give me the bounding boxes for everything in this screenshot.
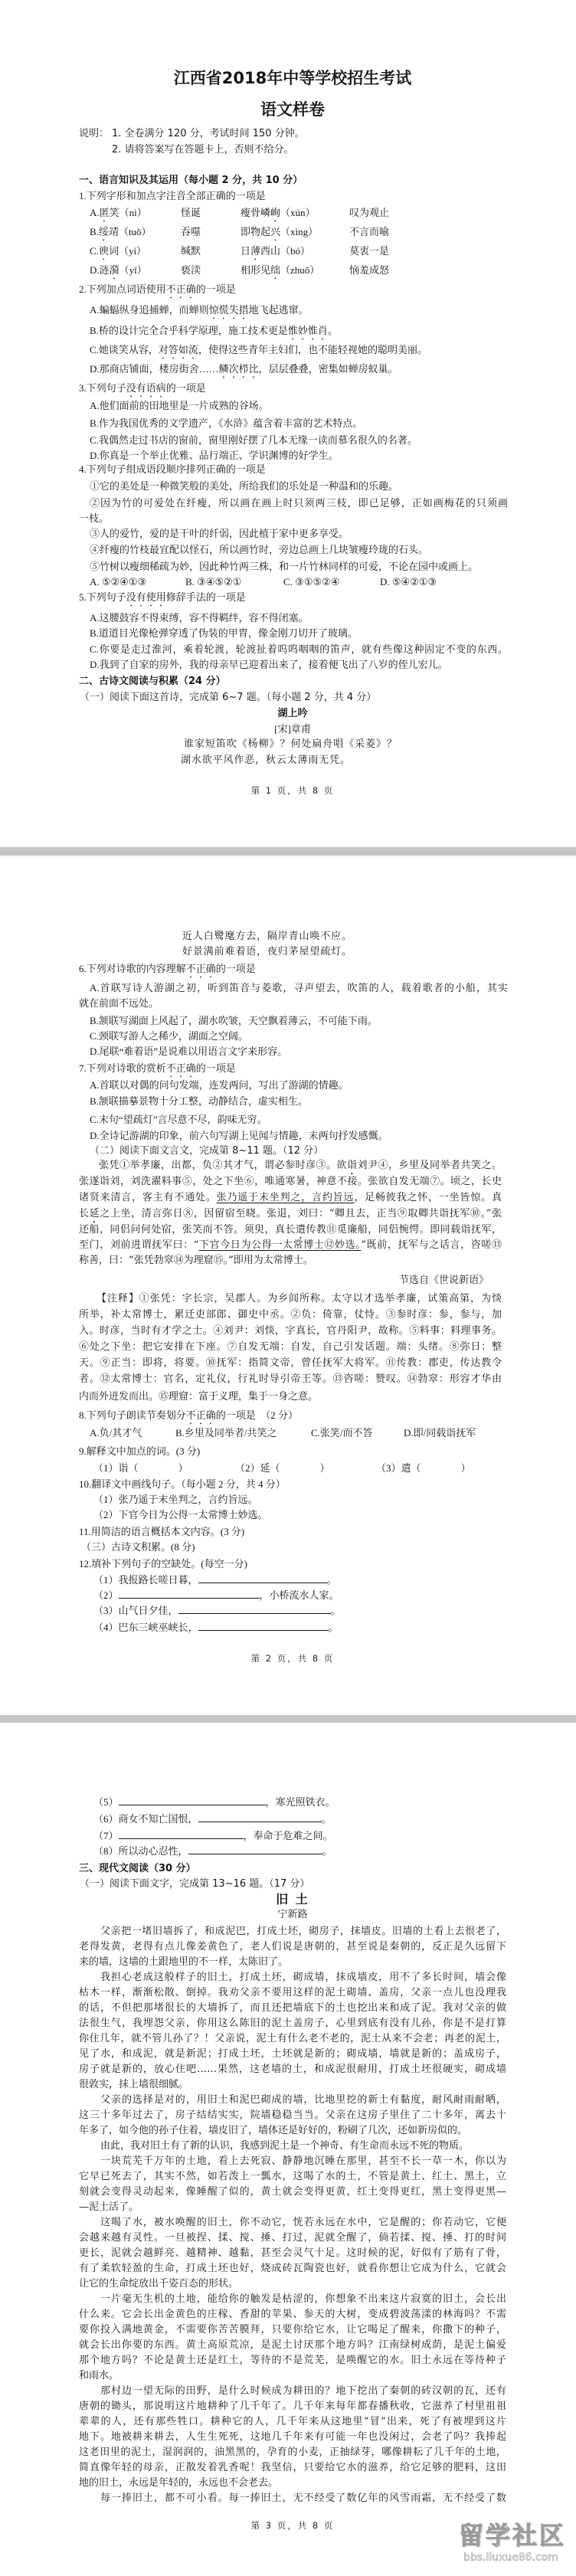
essay-line: 房子就是新的，放心住吧……果然，这老墙的土，和成泥很耐用，打成土坯很硬实，砌成墙 (79, 2062, 506, 2077)
text: 。 (328, 325, 338, 336)
page-footer: 第 3 页，共 8 页 (79, 2518, 506, 2533)
option: B.乡里及同举者/共笑之 (175, 1425, 277, 1441)
text: ，层层叠叠，密集如蝉房蚁巢。 (259, 363, 398, 375)
option-cell: 怪诞 (181, 205, 201, 221)
text: 的一项是 （2 分） (216, 1409, 298, 1421)
option: A.这腰鼓容不得束缚，容不得羁绊，容不得闭塞。 (90, 610, 309, 626)
option-cell: 莫衷一是 (349, 244, 389, 259)
text: 的一项是 (216, 963, 256, 974)
text: ，足畅彼我之怀，一坐皆惊。真 (354, 1192, 502, 1203)
dotted-text: 不正确 (186, 1409, 216, 1421)
text: （1）我报路长嗟日暮， (93, 1574, 198, 1586)
text: 6.下列对诗歌的内容理解 (79, 963, 186, 974)
text: 相形见 (241, 264, 270, 276)
question-stem: 1.下列字形和加点字注音全部正确的一项是 (79, 188, 266, 204)
text: 3.下列句子 (79, 382, 126, 394)
essay-line: 有了柔软轻盈的生命，打成土坯也好，烧成砖瓦陶瓷也好，就看你想让它成为什么，它就会 (79, 2261, 506, 2277)
essay-line: 一片毫无生机的土地，能给你的触发是枯涩的，你想象不出来这片寂寞的旧土，会长出 (100, 2292, 506, 2307)
question-stem: 9.解释文中加点的词。(3 分) (79, 1444, 200, 1459)
text: 西山（bó） (260, 245, 310, 257)
essay-line: 和雨水。 (79, 2368, 119, 2384)
text: 。 (327, 1574, 337, 1586)
text: 。 (331, 1605, 341, 1616)
option-cell: D.涟漪（yī） (90, 263, 147, 282)
option: C.末句“望疏灯”言尽意不尽，韵味无穷。 (90, 1112, 267, 1128)
option-cell: B.绥靖（tuǒ） (90, 224, 152, 244)
essay-line: 更长，泥就会越鲜亮、越精神、越黏，甚至会灵气十足。这时候的泥，好似有了筋有了骨， (79, 2246, 506, 2261)
essay-line: 要你投入满地黄金，不需要你苦苦膜拜，只要你给它水，让它喝足了醒来，你撒下的种子， (79, 2322, 506, 2338)
text: 传教⑪觅廉船，同侣惋愕。即同载诣抚军， (306, 1224, 502, 1236)
sentence: ①它的美处是一种微笑般的美处，所给我们的乐处是一种温和的乐趣。 (90, 479, 398, 494)
option: D.全诗记游湖的印象，前六句写湖上见闻与情趣，末两句抒发感慨。 (90, 1128, 388, 1144)
option-cell: 不言而喻 (349, 224, 389, 240)
fill-blank-item: （2），小桥流水人家。 (93, 1588, 339, 1603)
text: 张凭①举孝廉，出都，负②其才气，谓必参时彦③。欲 (99, 1160, 347, 1171)
text: （zhuō） (280, 264, 319, 276)
essay-line: 我担心老成这般样子的旧土，打成土坯，砌成墙，抹成墙皮，用不了多长时间，墙会像 (100, 1970, 506, 1985)
question-stem: 3.下列句子没有语病的一项是 (79, 381, 206, 396)
dotted-char: 峋 (270, 207, 280, 218)
question-stem: 10.翻译文中画线句子。（每小题 2 分，共 4 分） (79, 1477, 286, 1492)
page-footer: 第 2 页，共 8 页 (79, 1651, 506, 1666)
poem-line: 近人白鹭麾方去，隔岸青山唤不应。 (182, 929, 352, 944)
text: 地飞起逃窜。 (249, 304, 309, 316)
option: B.作为我国优秀的文学遗产，《水浒》蕴含着丰富的艺术特点。 (90, 416, 362, 431)
text: 至门，刘前进谓抚军曰：“ (79, 1239, 198, 1251)
dotted-char: 绌 (270, 264, 280, 276)
text: B.桥的设计完全合乎科学原理，施工技术更是 (90, 325, 288, 336)
option-row: D.涟漪（yī） 亵渎 相形见绌（zhuō） 恼羞成怒 (0, 263, 576, 278)
essay-line: 就会长出你要的东西。黄土高原荒凉，是泥土讨厌那个地方吗？江南绿树成荫，是泥土偏爱 (79, 2338, 506, 2353)
dotted-text: 没有语病 (126, 382, 166, 394)
dotted-text: 惟妙惟肖 (288, 325, 328, 336)
annotation-line: 天。⑨正当：即将，将要。⑩抚军：指简文帝，曾任抚军大将军。⑪传教：郡吏，传达教令 (79, 1356, 502, 1371)
page-separator (0, 847, 576, 856)
option: A.首联写诗人游湖之初，听到笛音与菱歌，寻声望去，吹笛的人，载着歌者的小船，其实 (90, 980, 508, 996)
option: C.张笑/而不答 (311, 1425, 373, 1441)
poem-title: 湖上吟 (79, 706, 506, 722)
page-edge (0, 1723, 576, 1724)
option: A. ⑤②④①③ (90, 574, 146, 590)
poem-line: 湖水欲平风作恶，秋云太薄雨无凭。 (181, 753, 350, 768)
essay-line: 那个地方吗？不论是黄土还是红土，等待的不是荒芜，是唤醒它的水。旧土永远在等待种子 (79, 2353, 506, 2368)
option: B.颔联写湖面上风起了，湖水吹皱，天空飘着薄云，不可能下雨。 (90, 1013, 378, 1029)
answer-item: （1）诣（ ） (93, 1461, 188, 1476)
dotted-text: 对答如流 (159, 344, 198, 355)
question-stem: 8.下列句子朗读节奏划分不正确的一项是 （2 分） (79, 1408, 298, 1423)
option-cell: C.谀词（yí） (90, 244, 146, 263)
annotation-line: 所举，补太常博士，累迁吏部郎、御史中丞。②负：倚靠，仗恃。③参时彦：参，参与，加 (79, 1308, 502, 1323)
text: （8）所以动心忍性， (93, 1845, 188, 1857)
text: D.涟 (90, 264, 110, 276)
poem-line: 谁家短笛吹《杨柳》？何处扁舟唱《采菱》？ (184, 737, 397, 752)
text: 5.下列句子 (79, 591, 126, 603)
text: 2.下列加点词语使用 (79, 283, 166, 295)
option-cell: 瘦骨嶙峋（xún） (241, 205, 316, 224)
underlined-sentence: 张乃遥于末坐判之，言约旨远 (217, 1192, 355, 1203)
option-row: C.谀词（yí） 缄默 日薄西山（bó） 莫衷一是 (0, 244, 576, 259)
essay-line: 这三十多年过去了，房子结结实实，院墙稳稳当当。父亲在这房子里住了二十多年，离去十 (79, 2108, 506, 2123)
text: 词（yí） (109, 245, 146, 257)
text: B. (90, 226, 99, 237)
text: A. (90, 207, 100, 218)
instruction-item: 1. 全卷满分 120 分，考试时间 150 分钟。 (112, 128, 305, 139)
translation-item: （1）张乃遥于末坐判之，言约旨远。 (93, 1492, 258, 1507)
fill-blank-item: （4）巴东三峡巫峡长，。 (93, 1620, 339, 1635)
annotation-line: 【注释】①张凭：字长宗，吴郡人。为乡闾所称。太守以才选举孝廉，试策高第，为惔 (97, 1291, 502, 1307)
option: C.你要是走过淮河，乘着轮渡，轮渡扯着呜呜咽咽的笛声，就有些像这种固定不变的东西… (90, 642, 508, 657)
text: 笑（nì） (110, 207, 147, 218)
essay-line: 来的墙，这墙的土跟地里的不一样，太陈旧了。 (79, 1955, 288, 1970)
passage-line: 称善，曰：“张凭勃窣⑭为理窟⑮。”即用为太常博士。 (79, 1253, 313, 1268)
essay-line: 刻就会变得灵动起来，像睡醒了似的，黄土就会变得更黄，红土变得更红，黑土变得更黑— (79, 2185, 506, 2200)
text: （xìng） (280, 226, 318, 237)
text: 修辞手法的一项是 (166, 591, 246, 603)
text: 靖（tuǒ） (109, 226, 152, 237)
essay-line: 父亲把一堵旧墙拆了，和成泥巴，打成土坯，砌房子，抹墙皮。旧墙的土看上去很老了， (100, 1924, 506, 1939)
option: D. ⑤④②①③ (380, 574, 437, 590)
option-row: B.绥靖（tuǒ） 吞噬 即物起兴（xìng） 不言而喻 (0, 224, 576, 240)
sentence: ②因为竹的可爱处在纤瘦，所以画在画上时只须两三枝，即已足够，正如画梅花的只须画 (90, 496, 508, 511)
option: D.即/同载诣抚军 (404, 1425, 476, 1441)
dotted-text: 没有使用 (126, 591, 166, 603)
text: 日 (241, 245, 250, 257)
text: 7.下列对诗歌的赏析 (79, 1062, 166, 1074)
sentence: ④纤瘦的竹枝最宜配以怪石，所以画竹时，旁边总画上几块皱瘦玲珑的石头。 (90, 542, 428, 558)
text: C. (90, 245, 99, 257)
essay-line: 这老田里的泥土，湿润润的，油黑黑的，孕育的小麦，正抽绿芽，哪像耕耘了几千年的土地… (79, 2445, 506, 2460)
text: （2） (93, 1589, 119, 1601)
option: D.尾联“难着语”是说难以用语言文字来形容。 (90, 1044, 287, 1059)
option-continuation: 就在前面不远处。 (79, 996, 159, 1011)
section-heading: 三、现代文阅读（30 分） (79, 1861, 196, 1877)
option: A.负/其才气 (90, 1425, 142, 1441)
option-cell: A.匿笑（nì） (90, 205, 147, 224)
essay-line: 你住几年，就不管儿孙了？！父亲说，泥土有什么老不老的，泥土从来不会老；再老的泥土… (79, 2031, 506, 2047)
text: 诸贤来清言，客主有不通处。 (79, 1192, 217, 1203)
text: （5） (93, 1796, 119, 1808)
instructions-line-1: 说明：1. 全卷满分 120 分，考试时间 150 分钟。 (79, 126, 305, 142)
fill-blank-item: （5），寒光照铁衣。 (93, 1795, 335, 1810)
dotted-text: 不正确 (166, 1062, 196, 1074)
text: ，寒光照铁衣。 (266, 1796, 335, 1808)
section-heading: 二、古诗文阅读与积累（24 分） (79, 674, 226, 689)
option-cell: 日薄西山（bó） (241, 244, 310, 263)
essay-line: 什么来。它会长出金黄色的庄稼、香甜的苹果、参天的大树，变成碧波荡漾的林海吗？不需 (79, 2307, 506, 2322)
dotted-char: 延 (90, 1208, 100, 1219)
essay-title: 旧 土 (79, 1892, 506, 1907)
option: C. ③①⑤②④ (283, 574, 339, 590)
page-edge (0, 1714, 576, 1714)
answer-item: （3）遣（ ） (376, 1461, 471, 1476)
text: ，小桥流水人家。 (260, 1589, 339, 1601)
text: ，使得这些青年主妇们，也不能轻视她的聪明美丽。 (198, 344, 427, 355)
option-row: A.匿笑（nì） 怪诞 瘦骨嶙峋（xún） 叹为观止 (0, 205, 576, 221)
text: 瘦骨嶙 (241, 207, 270, 218)
text: 的一项是 (196, 1062, 236, 1074)
option: C.颈联写游人之稀少，湖面之空阔。 (90, 1029, 248, 1044)
option-cell: 叹为观止 (349, 205, 389, 221)
text: 即物起 (241, 226, 270, 237)
option: B.桥的设计完全合乎科学原理，施工技术更是惟妙惟肖。 (90, 323, 338, 339)
option: A.蝙蝠纵身追捕蝉，而蝉则惊慌失措地飞起逃窜。 (90, 303, 309, 318)
annotation-line: 者。⑫太常博士：官名，定礼仪，行礼时导引帝王等。⑬咨嗟：赞叹。⑭勃窣：形容才华由 (79, 1372, 502, 1387)
dotted-text: 不正确 (166, 283, 196, 295)
subsection-heading: （三）古诗文积累。(8 分) (81, 1540, 195, 1555)
subsection-heading: （一）阅读下面文字，完成第 13~16 题。（17 分） (80, 1877, 309, 1892)
option-row: A.负/其才气 B.乡里及同举者/共笑之 C.张笑/而不答 D.即/同载诣抚军 (0, 1425, 576, 1441)
subsection-heading: （二）阅读下面文言文，完成第 8~11 题。（12 分） (90, 1144, 323, 1159)
poem-author: [宋]章甫 (79, 722, 506, 737)
passage-line: 长延之上坐，清言弥日⑧，因留宿至晓。张退，刘曰：“卿且去，正当⑨取卿共诣抚军⑩。… (79, 1206, 502, 1222)
sentence: ③人的爱竹，爱的是干叶的纤弱，因此植于家中更多享受。 (90, 526, 349, 542)
answer-blank (198, 1812, 322, 1822)
instruction-item: 2. 请将答案写在答题卡上，否则不给分。 (112, 142, 294, 158)
answer-blank (188, 1844, 322, 1854)
answer-blank (178, 1603, 331, 1614)
question-stem: 6.下列对诗歌的内容理解不正确的一项是 (79, 961, 256, 977)
option: B.颔联描摹景物十分工整，动静结合，虚实相生。 (90, 1094, 308, 1109)
essay-line: 简直像年轻的母亲，正散发着乳香呢！我坚信，只要给它水的滋养，给它足够的肥料，这田 (79, 2460, 506, 2476)
option: A.他们面前的田地里是一片成熟的谷场。 (90, 398, 269, 414)
option: B. ③④⑤②① (185, 574, 241, 590)
exam-subtitle: 语文样卷 (79, 100, 506, 119)
sentence: ⑤竹树以瘦细稀疏为妙，因此种竹两三株，和一片竹林同样的可爱，不论在园中或画上。 (90, 559, 478, 574)
annotation-line: 内而外迸发而出。⑮理窟：富于义理，集于一身之意。 (79, 1389, 318, 1405)
essay-line: 很敦实，抹上墙很细腻。 (79, 2077, 188, 2093)
annotation-line: ⑥处之下坐：把它安排在下座。⑦自发无端：自发，自己引发话题。端：头绪。⑧弥日：整 (79, 1340, 502, 1355)
dotted-text: 惊慌失措 (209, 304, 249, 316)
exam-title: 江西省2018年中等学校招生考试 (79, 68, 506, 88)
fill-blank-item: （6）商女不知亡国恨，。 (93, 1812, 332, 1827)
answer-blank (198, 1620, 329, 1631)
dotted-text: 鳞次栉比 (219, 363, 259, 375)
text: （7） (93, 1830, 119, 1841)
option: B.道道目光像枪弹穿透了伪装的甲胄，像金刚刀切开了玻璃。 (90, 626, 358, 641)
dotted-char: 漪 (110, 264, 119, 276)
text: 。 (329, 1622, 339, 1633)
essay-line: 由此，我对旧土有了新的认识，我感到泥土是一个神奇、有生命而永远不死的物质。 (100, 2139, 469, 2154)
text: （xún） (280, 207, 316, 218)
option: C.她谈笑从容，对答如流，使得这些青年主妇们，也不能轻视她的聪明美丽。 (90, 342, 427, 358)
document-viewer: 江西省2018年中等学校招生考试 语文样卷 说明：1. 全卷满分 120 分，考… (0, 0, 576, 2576)
fill-blank-item: （3）山气日夕佳，。 (93, 1603, 341, 1619)
dotted-char: 诣 (347, 1160, 358, 1171)
text: A.蝙蝠纵身追捕蝉，而蝉则 (90, 304, 209, 316)
fill-blank-item: （1）我报路长嗟日暮，。 (93, 1573, 337, 1588)
instructions-label: 说明： (79, 126, 112, 142)
passage-line: 还船，同侣问何处宿，张笑而不答。须臾，真长遣传教⑪觅廉船，同侣惋愕。即同载诣抚军… (79, 1223, 502, 1238)
sentence-continuation: 一枝。 (79, 511, 109, 526)
text: D.那商店铺面，楼房街舍…… (90, 363, 219, 375)
essay-line: 老得发黄，老得有点儿像姜黄色了，老人们说是唐朝的，甚至说是秦朝的，反正是久远留下 (79, 1939, 506, 1955)
question-stem: 12.填补下列句子的空缺处。(每空一分) (79, 1556, 247, 1572)
dotted-char: 薄 (250, 245, 260, 257)
passage-line: 诸贤来清言，客主有不通处。张乃遥于末坐判之，言约旨远，足畅彼我之怀，一坐皆惊。真 (79, 1190, 502, 1206)
option: D.那商店铺面，楼房街舍……鳞次栉比，层层叠叠，密集如蝉房蚁巢。 (90, 362, 398, 377)
dotted-char: 兴 (270, 226, 280, 237)
fill-blank-item: （8）所以动心忍性，。 (93, 1844, 332, 1859)
text: 。 (322, 1845, 332, 1857)
option-row: A. ⑤②④①③ B. ③④⑤②① C. ③①⑤②④ D. ⑤④②①③ (0, 574, 576, 590)
text: 长 (79, 1208, 90, 1219)
subsection-heading: （一）阅读下面这首诗，完成第 6~7 题。（每小题 2 分，共 4 分） (80, 690, 376, 705)
text: 的一项是 (196, 283, 236, 295)
question-stem: 4.下列句子组成语段顺序排列正确的一项是 (79, 462, 266, 477)
question-stem: 2.下列加点词语使用不正确的一项是 (79, 282, 236, 297)
text: ”既前，抚军与之话言，咨嗟⑬ (361, 1239, 502, 1251)
question-stem: 11.用简洁的语言概括本文内容。(3 分) (79, 1524, 244, 1540)
option: C.我偶然走过书店的窗前，窗里刚好摆了几本无缘一读而慕名很久的名著。 (90, 433, 417, 448)
text: 。 (322, 1813, 332, 1825)
answer-item: （2）延（ ） (235, 1461, 330, 1476)
translation-item: （2）下官今日为公得一太常博士妙选。 (93, 1507, 268, 1523)
essay-line: —泥土活了。 (79, 2200, 139, 2215)
essay-author: 宁新路 (79, 1907, 506, 1923)
page-edge (0, 846, 576, 846)
passage-line: 张凭①举孝廉，出都，负②其才气，谓必参时彦③。欲诣刘尹④，乡里及同举者共笑之。 (99, 1158, 502, 1173)
essay-line: 年多了，如今他的孙子住着，墙皮旧了，墙体还是好好的，粉刷了几次，还如新房似的。 (79, 2123, 467, 2139)
option: D.我到了自家的房外，我的母亲早已迎着出来了，接着便飞出了八岁的侄儿宏儿。 (90, 657, 448, 673)
passage-source: 节选自《世说新语》 (399, 1273, 489, 1288)
option: D.你真是一个举止优雅、品行端正、学识渊博的好学生。 (90, 448, 339, 463)
watermark-logo: 留学社区 (453, 2522, 572, 2549)
text: 刘尹④，乡里及同举者共笑之。 (357, 1160, 501, 1171)
option: A.首联以对偶的问句发端，连发两问，写出了游湖的情趣。 (90, 1078, 349, 1093)
dotted-char: 谀 (99, 245, 109, 257)
watermark-url: bbs.liuxue86.com (453, 2551, 568, 2565)
essay-line: 的话，不但把那堵很长的大墙拆了，而且还把墙底下的土也挖出来和成了泥。我对父亲的做 (79, 2001, 506, 2016)
question-stem: 5.下列句子没有使用修辞手法的一项是 (79, 590, 246, 605)
fill-blank-item: （7），奉命于危难之间。 (93, 1828, 333, 1844)
option-cell: 即物起兴（xìng） (241, 224, 318, 244)
essay-line: 地下。地被耕来耕去，人生生死死，这地几千年来有可能一年也没闲过，会老了吗？我捧起 (79, 2430, 506, 2445)
dotted-char: 匿 (100, 207, 110, 218)
underlined-sentence: 下官今日为公得一太常博士⑫妙选。 (198, 1239, 361, 1251)
page-footer: 第 1 页，共 8 页 (79, 783, 506, 798)
essay-line: 会越来越有灵性。一旦被捏、揉、搅、捶、打过，泥就全醒了，倘若揉、搅、捶、打的时间 (79, 2231, 506, 2246)
option-cell: 相形见绌（zhuō） (241, 263, 319, 282)
annotation-line: 入。时彦，当时有才学之士。④刘尹：刘惔，字真长，官丹阳尹，故称。⑤料事：料理事务… (79, 1324, 502, 1339)
page-edge (0, 856, 576, 857)
essay-line: 那村边一望无际的田野，是什么时候成为耕田的？地下挖出了秦朝的砖汉朝的瓦，还有 (100, 2384, 506, 2399)
answer-blank (119, 1795, 266, 1805)
essay-line: 枯木一样，渐渐松散、倒掉。我劝父亲不要用这样的泥土砌墙、盖房，父亲一点儿也没理我 (79, 1985, 506, 2001)
option-cell: 吞噬 (181, 224, 201, 240)
essay-line: 见了水，和成泥，就是新泥；打成土坯，土坯就是新的；砌成墙，墙就是新的；盖成房子， (79, 2047, 506, 2062)
essay-line: 每一捧旧土，都不可小看。每一捧旧土，无不经受了数亿年的风雪雨霜，无不经受了数 (100, 2491, 506, 2506)
answer-row: （1）诣（ ） （2）延（ ） （3）遣（ ） (0, 1461, 576, 1476)
essay-line: 唐朝的锄头，那说明这片地耕种了几千年了。几千年来每年都春播秋收，它滋养了村里祖祖 (79, 2399, 506, 2414)
answer-blank (119, 1828, 244, 1839)
page-separator (0, 1715, 576, 1723)
text: （6）商女不知亡国恨， (93, 1813, 198, 1825)
essay-line: 父亲的选择是对的，用旧土和泥巴砌成的墙，比地里挖的新土有黏度，耐风耐雨耐晒， (100, 2093, 506, 2108)
essay-line: 法很生气，我埋怨父亲，你用这么陈旧的泥土盖房子，心里到底有没有儿孙，你是不是打算 (79, 2016, 506, 2031)
answer-blank (198, 1573, 327, 1583)
passage-line: 张遂诣刘，刘洗濯料事⑤，处之下坐⑥，唯通寒暑，神意不接。张欲自发无端⑦。顷之，长… (79, 1174, 502, 1190)
text: （4）巴东三峡巫峡长， (93, 1622, 198, 1633)
option-cell: 亵渎 (181, 263, 201, 278)
text: 还船，同侣问何处宿，张笑而不答。须臾，真长 (79, 1224, 296, 1236)
text: （yī） (119, 264, 147, 276)
text: 的一项是 (166, 382, 206, 394)
question-stem: 7.下列对诗歌的赏析不正确的一项是 (79, 1061, 236, 1076)
dotted-char: 遣 (296, 1224, 306, 1236)
text: 8.下列句子朗读节奏划分 (79, 1409, 186, 1421)
dotted-char: 绥 (99, 226, 109, 237)
text: 之上坐，清言弥日⑧，因留宿至晓。张退，刘曰：“卿且去，正当⑨取卿共诣抚军⑩。”张 (100, 1208, 502, 1219)
dotted-text: 不正确 (186, 963, 216, 974)
essay-line: 一块荒芜千万年的土地，看上去死寂、静静地沉睡在那里，甚至不长一草一木，你以为 (100, 2154, 506, 2169)
option-cell: 恼羞成怒 (349, 263, 389, 278)
option-cell: 缄默 (181, 244, 201, 259)
essay-line: 让它的生命绽放出千姿百态的形状。 (79, 2277, 238, 2292)
answer-blank (119, 1588, 260, 1599)
essay-line: 地的旧土，永远是年轻的，永远也不会老去。 (79, 2476, 278, 2491)
passage-line: 至门，刘前进谓抚军曰：“下官今日为公得一太常博士⑫妙选。”既前，抚军与之话言，咨… (79, 1238, 502, 1253)
text: C.她谈笑从容， (90, 344, 159, 355)
poem-line: 好景满前难着语，夜归茅屋望疏灯。 (182, 944, 352, 960)
section-heading: 一、语言知识及其运用（每小题 2 分，共 10 分） (79, 173, 303, 188)
essay-line: 辈辈的人，还有那些牲口。耕种它的人，几千年来从这地里“冒”出来，死了有被埋到这片 (79, 2414, 506, 2430)
text: （3）山气日夕佳， (93, 1605, 178, 1616)
essay-line: 它早已死去了，其实不然，如若泼上一瓢水，这喝了水的土，不管是黄土、红土、黑土，立 (79, 2169, 506, 2185)
text: ，奉命于危难之间。 (244, 1830, 333, 1841)
essay-line: 这喝了水，被水唤醒的旧土，你不动它，恍若永远在水中，它是醒的；你若动它，它便 (100, 2215, 506, 2231)
